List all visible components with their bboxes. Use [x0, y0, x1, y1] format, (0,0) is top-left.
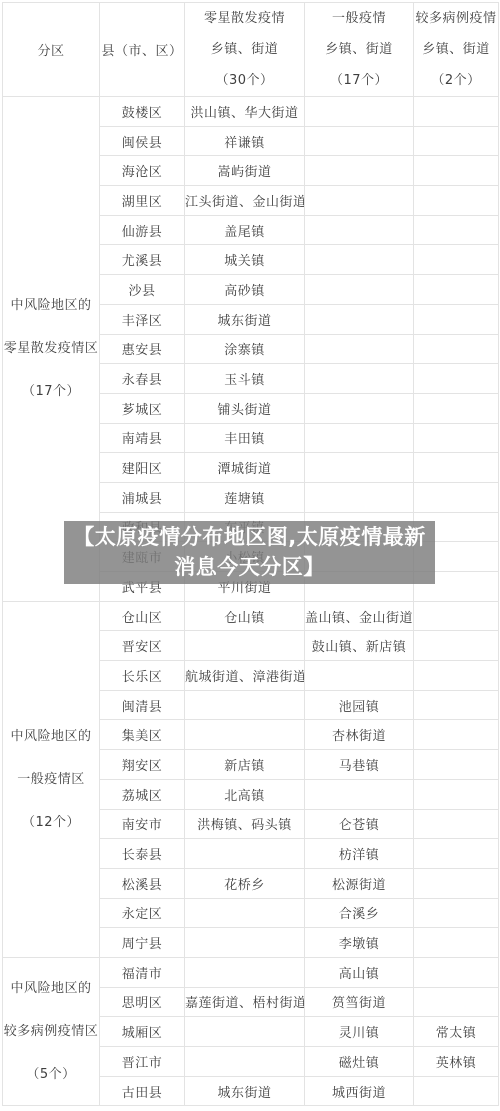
general-towns-cell — [305, 304, 414, 334]
county-cell: 翔安区 — [100, 750, 185, 780]
county-cell: 晋江市 — [100, 1047, 185, 1077]
general-towns-cell — [305, 779, 414, 809]
general-towns-cell: 磁灶镇 — [305, 1047, 414, 1077]
sporadic-towns-cell — [185, 690, 305, 720]
county-cell: 福清市 — [100, 957, 185, 987]
county-cell: 海沧区 — [100, 156, 185, 186]
watermark-banner: 【太原疫情分布地区图,太原疫情最新 消息今天分区】 — [64, 521, 435, 584]
many-cases-towns-cell: 常太镇 — [414, 1017, 499, 1047]
general-towns-cell: 盖山镇、金山街道 — [305, 601, 414, 631]
sporadic-towns-cell: 仓山镇 — [185, 601, 305, 631]
county-cell: 仓山区 — [100, 601, 185, 631]
county-cell: 晋安区 — [100, 631, 185, 661]
section-label-line: （12个） — [3, 801, 99, 844]
general-towns-cell — [305, 482, 414, 512]
county-cell: 永定区 — [100, 898, 185, 928]
sporadic-towns-cell: 北高镇 — [185, 779, 305, 809]
sporadic-towns-cell: 江头街道、金山街道 — [185, 186, 305, 216]
header-general-count: （17个） — [305, 65, 413, 96]
sporadic-towns-cell — [185, 720, 305, 750]
many-cases-towns-cell — [414, 987, 499, 1017]
sporadic-towns-cell: 洪梅镇、码头镇 — [185, 809, 305, 839]
header-many-title: 较多病例疫情 — [414, 3, 498, 34]
county-cell: 长乐区 — [100, 661, 185, 691]
many-cases-towns-cell: 英林镇 — [414, 1047, 499, 1077]
many-cases-towns-cell — [414, 423, 499, 453]
general-towns-cell — [305, 661, 414, 691]
county-cell: 永春县 — [100, 364, 185, 394]
header-division: 分区 — [3, 3, 100, 97]
section-label: 中风险地区的一般疫情区（12个） — [3, 601, 100, 957]
county-cell: 荔城区 — [100, 779, 185, 809]
many-cases-towns-cell — [414, 809, 499, 839]
county-cell: 芗城区 — [100, 393, 185, 423]
county-cell: 丰泽区 — [100, 304, 185, 334]
county-cell: 古田县 — [100, 1076, 185, 1106]
county-cell: 思明区 — [100, 987, 185, 1017]
general-towns-cell — [305, 364, 414, 394]
many-cases-towns-cell — [414, 393, 499, 423]
many-cases-towns-cell — [414, 334, 499, 364]
many-cases-towns-cell — [414, 839, 499, 869]
sporadic-towns-cell: 航城街道、漳港街道 — [185, 661, 305, 691]
many-cases-towns-cell — [414, 779, 499, 809]
general-towns-cell — [305, 453, 414, 483]
sporadic-towns-cell: 潭城街道 — [185, 453, 305, 483]
many-cases-towns-cell — [414, 156, 499, 186]
general-towns-cell — [305, 215, 414, 245]
many-cases-towns-cell — [414, 126, 499, 156]
many-cases-towns-cell — [414, 661, 499, 691]
many-cases-towns-cell — [414, 631, 499, 661]
watermark-line2: 消息今天分区】 — [174, 553, 325, 583]
header-sporadic-epidemic: 零星散发疫情 乡镇、街道 （30个） — [185, 3, 305, 97]
sporadic-towns-cell: 花桥乡 — [185, 868, 305, 898]
sporadic-towns-cell — [185, 839, 305, 869]
many-cases-towns-cell — [414, 898, 499, 928]
header-general-title: 一般疫情 — [305, 3, 413, 34]
general-towns-cell: 灵川镇 — [305, 1017, 414, 1047]
county-cell: 松溪县 — [100, 868, 185, 898]
table-body: 中风险地区的零星散发疫情区（17个）鼓楼区洪山镇、华大街道闽侯县祥谦镇海沧区嵩屿… — [3, 97, 499, 1106]
header-many-cases-epidemic: 较多病例疫情 乡镇、街道 （2个） — [414, 3, 499, 97]
sporadic-towns-cell: 洪山镇、华大街道 — [185, 97, 305, 127]
sporadic-towns-cell: 丰田镇 — [185, 423, 305, 453]
header-sporadic-title: 零星散发疫情 — [185, 3, 304, 34]
general-towns-cell — [305, 245, 414, 275]
general-towns-cell: 松源街道 — [305, 868, 414, 898]
county-cell: 建阳区 — [100, 453, 185, 483]
general-towns-cell — [305, 97, 414, 127]
many-cases-towns-cell — [414, 482, 499, 512]
many-cases-towns-cell — [414, 957, 499, 987]
header-county: 县（市、区） — [100, 3, 185, 97]
general-towns-cell — [305, 423, 414, 453]
general-towns-cell: 杏林街道 — [305, 720, 414, 750]
sporadic-towns-cell — [185, 898, 305, 928]
many-cases-towns-cell — [414, 304, 499, 334]
general-towns-cell — [305, 186, 414, 216]
county-cell: 集美区 — [100, 720, 185, 750]
many-cases-towns-cell — [414, 1076, 499, 1106]
section-label-line: 零星散发疫情区 — [3, 327, 99, 370]
county-cell: 惠安县 — [100, 334, 185, 364]
general-towns-cell: 筼筜街道 — [305, 987, 414, 1017]
section-label-line: （17个） — [3, 370, 99, 413]
many-cases-towns-cell — [414, 453, 499, 483]
sporadic-towns-cell: 嵩屿街道 — [185, 156, 305, 186]
table-row: 中风险地区的较多病例疫情区（5个）福清市高山镇 — [3, 957, 499, 987]
sporadic-towns-cell: 城东街道 — [185, 1076, 305, 1106]
general-towns-cell — [305, 156, 414, 186]
sporadic-towns-cell: 嘉莲街道、梧村街道 — [185, 987, 305, 1017]
section-label-line: 中风险地区的 — [3, 715, 99, 758]
header-many-count: （2个） — [414, 65, 498, 96]
county-cell: 南安市 — [100, 809, 185, 839]
sporadic-towns-cell: 莲塘镇 — [185, 482, 305, 512]
header-row: 分区 县（市、区） 零星散发疫情 乡镇、街道 （30个） 一般疫情 乡镇、街道 … — [3, 3, 499, 97]
header-sporadic-count: （30个） — [185, 65, 304, 96]
many-cases-towns-cell — [414, 275, 499, 305]
general-towns-cell: 鼓山镇、新店镇 — [305, 631, 414, 661]
county-cell: 闽侯县 — [100, 126, 185, 156]
county-cell: 长泰县 — [100, 839, 185, 869]
sporadic-towns-cell: 城关镇 — [185, 245, 305, 275]
general-towns-cell — [305, 393, 414, 423]
county-cell: 沙县 — [100, 275, 185, 305]
sporadic-towns-cell — [185, 1017, 305, 1047]
county-cell: 南靖县 — [100, 423, 185, 453]
general-towns-cell: 池园镇 — [305, 690, 414, 720]
sporadic-towns-cell: 祥谦镇 — [185, 126, 305, 156]
sporadic-towns-cell: 高砂镇 — [185, 275, 305, 305]
header-general-subtitle: 乡镇、街道 — [305, 34, 413, 65]
sporadic-towns-cell: 铺头街道 — [185, 393, 305, 423]
sporadic-towns-cell: 新店镇 — [185, 750, 305, 780]
many-cases-towns-cell — [414, 720, 499, 750]
general-towns-cell: 马巷镇 — [305, 750, 414, 780]
sporadic-towns-cell — [185, 957, 305, 987]
header-general-epidemic: 一般疫情 乡镇、街道 （17个） — [305, 3, 414, 97]
sporadic-towns-cell: 涂寨镇 — [185, 334, 305, 364]
sporadic-towns-cell — [185, 1047, 305, 1077]
general-towns-cell: 李墩镇 — [305, 928, 414, 958]
watermark-line1: 【太原疫情分布地区图,太原疫情最新 — [73, 523, 425, 553]
general-towns-cell: 仑苍镇 — [305, 809, 414, 839]
many-cases-towns-cell — [414, 364, 499, 394]
section-label-line: 中风险地区的 — [3, 284, 99, 327]
header-sporadic-subtitle: 乡镇、街道 — [185, 34, 304, 65]
table-row: 中风险地区的零星散发疫情区（17个）鼓楼区洪山镇、华大街道 — [3, 97, 499, 127]
many-cases-towns-cell — [414, 186, 499, 216]
county-cell: 周宁县 — [100, 928, 185, 958]
county-cell: 仙游县 — [100, 215, 185, 245]
sporadic-towns-cell: 盖尾镇 — [185, 215, 305, 245]
many-cases-towns-cell — [414, 245, 499, 275]
section-label-line: （5个） — [3, 1053, 99, 1096]
county-cell: 尤溪县 — [100, 245, 185, 275]
many-cases-towns-cell — [414, 97, 499, 127]
table-row: 中风险地区的一般疫情区（12个）仓山区仓山镇盖山镇、金山街道 — [3, 601, 499, 631]
many-cases-towns-cell — [414, 601, 499, 631]
county-cell: 城厢区 — [100, 1017, 185, 1047]
section-label: 中风险地区的较多病例疫情区（5个） — [3, 957, 100, 1105]
many-cases-towns-cell — [414, 690, 499, 720]
epidemic-table-page: 分区 县（市、区） 零星散发疫情 乡镇、街道 （30个） 一般疫情 乡镇、街道 … — [0, 0, 500, 1111]
section-label-line: 中风险地区的 — [3, 967, 99, 1010]
many-cases-towns-cell — [414, 868, 499, 898]
county-cell: 湖里区 — [100, 186, 185, 216]
county-cell: 浦城县 — [100, 482, 185, 512]
many-cases-towns-cell — [414, 750, 499, 780]
general-towns-cell: 城西街道 — [305, 1076, 414, 1106]
county-cell: 闽清县 — [100, 690, 185, 720]
general-towns-cell — [305, 334, 414, 364]
general-towns-cell: 合溪乡 — [305, 898, 414, 928]
many-cases-towns-cell — [414, 215, 499, 245]
general-towns-cell — [305, 126, 414, 156]
section-label-line: 较多病例疫情区 — [3, 1010, 99, 1053]
sporadic-towns-cell — [185, 928, 305, 958]
sporadic-towns-cell — [185, 631, 305, 661]
section-label-line: 一般疫情区 — [3, 758, 99, 801]
county-cell: 鼓楼区 — [100, 97, 185, 127]
sporadic-towns-cell: 玉斗镇 — [185, 364, 305, 394]
general-towns-cell: 高山镇 — [305, 957, 414, 987]
sporadic-towns-cell: 城东街道 — [185, 304, 305, 334]
many-cases-towns-cell — [414, 928, 499, 958]
header-many-subtitle: 乡镇、街道 — [414, 34, 498, 65]
general-towns-cell: 枋洋镇 — [305, 839, 414, 869]
general-towns-cell — [305, 275, 414, 305]
